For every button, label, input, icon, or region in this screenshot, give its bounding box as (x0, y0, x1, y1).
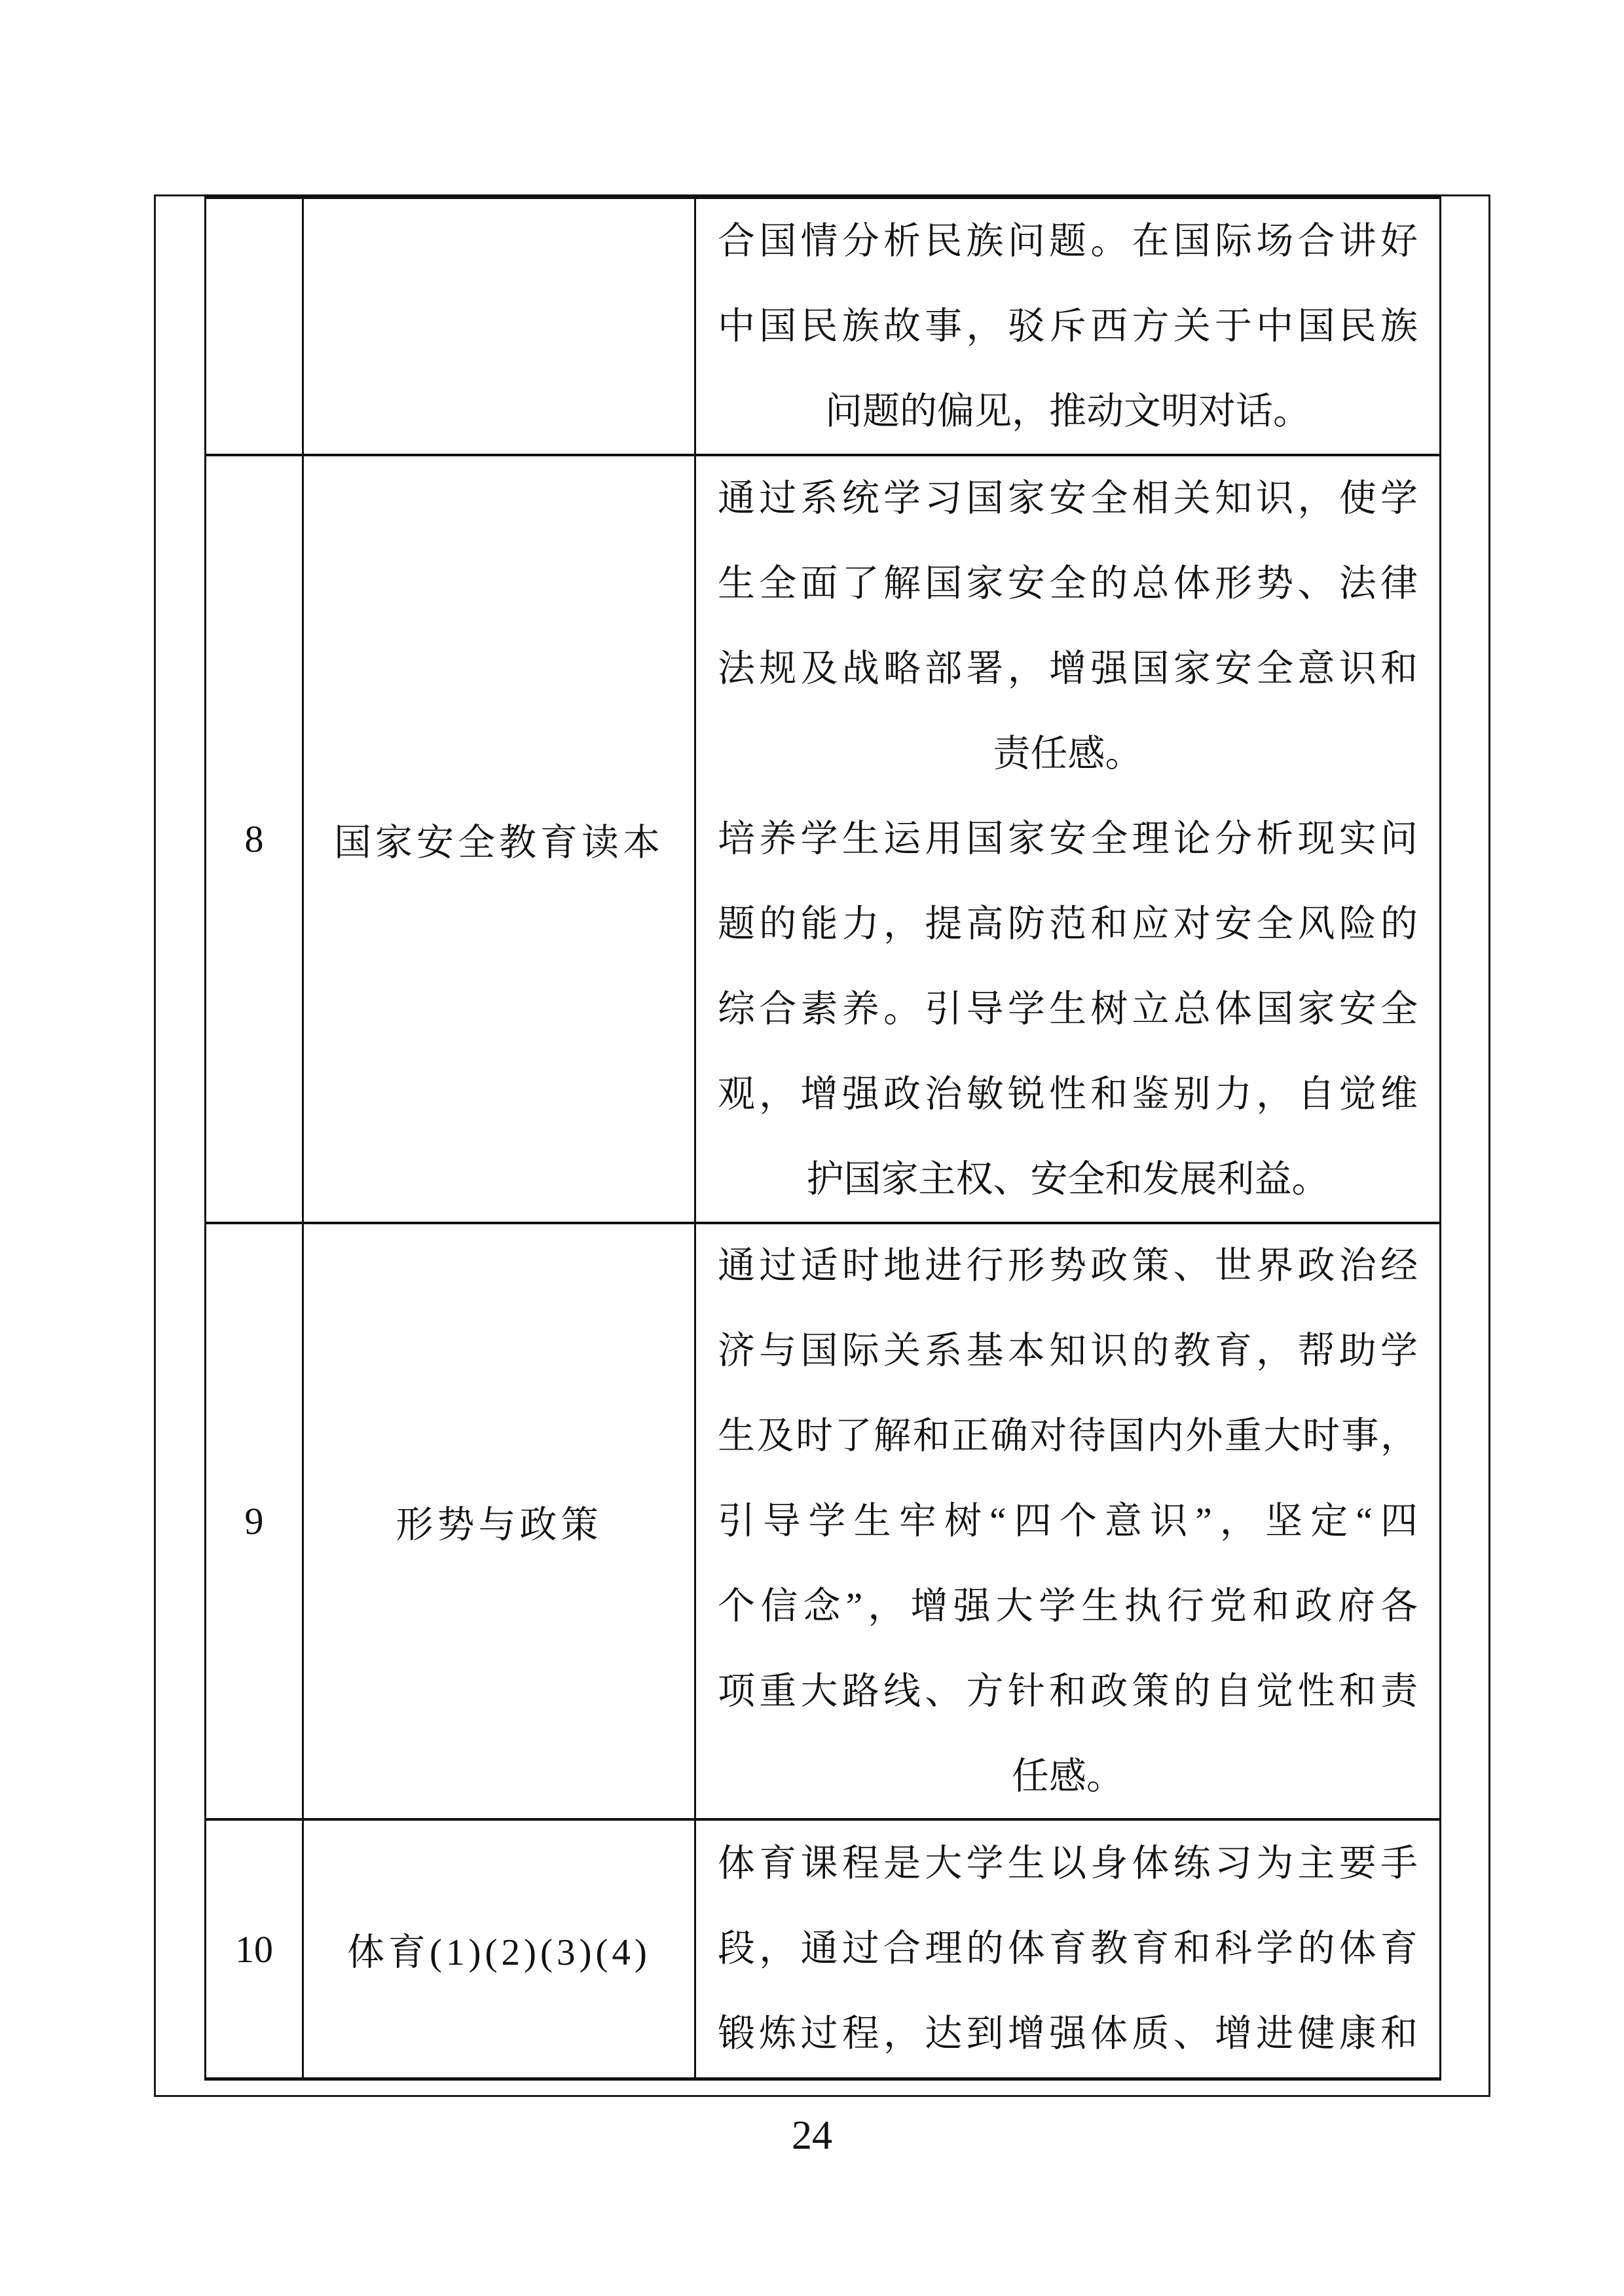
course-name-cell: 国家安全教育读本 (304, 456, 696, 1222)
description-line: 项重大路线、方针和政策的自觉性和责 (718, 1649, 1418, 1734)
course-description-cell: 体育课程是大学生以身体练习为主要手 段，通过合理的体育教育和科学的体育 锻炼过程… (696, 1821, 1439, 2077)
description-line: 段，通过合理的体育教育和科学的体育 (718, 1906, 1418, 1992)
course-name-cell (304, 199, 696, 454)
description-line: 培养学生运用国家安全理论分析现实问 (718, 797, 1418, 882)
description-line: 通过系统学习国家安全相关知识，使学 (718, 456, 1418, 541)
table-row: 9 形势与政策 通过适时地进行形势政策、世界政治经 济与国际关系基本知识的教育，… (206, 1224, 1439, 1821)
description-line: 观，增强政治敏锐性和鉴别力，自觉维 (718, 1052, 1418, 1137)
table-row: 8 国家安全教育读本 通过系统学习国家安全相关知识，使学 生全面了解国家安全的总… (206, 456, 1439, 1224)
description-line: 责任感。 (718, 712, 1418, 797)
description-line: 个信念”，增强大学生执行党和政府各 (718, 1564, 1418, 1649)
description-line: 问题的偏见，推动文明对话。 (718, 369, 1418, 454)
description-line: 综合素养。引导学生树立总体国家安全 (718, 967, 1418, 1052)
course-description-cell: 通过适时地进行形势政策、世界政治经 济与国际关系基本知识的教育，帮助学 生及时了… (696, 1224, 1439, 1818)
description-line: 锻炼过程，达到增强体质、增进健康和 (718, 1992, 1418, 2077)
description-line: 法规及战略部署，增强国家安全意识和 (718, 627, 1418, 712)
table-row: 合国情分析民族问题。在国际场合讲好 中国民族故事，驳斥西方关于中国民族 问题的偏… (206, 199, 1439, 456)
row-number-cell (206, 199, 304, 454)
course-name-cell: 体育(1)(2)(3)(4) (304, 1821, 696, 2077)
description-line: 济与国际关系基本知识的教育，帮助学 (718, 1309, 1418, 1394)
description-line: 通过适时地进行形势政策、世界政治经 (718, 1224, 1418, 1309)
row-number-cell: 8 (206, 456, 304, 1222)
course-schedule-table: 合国情分析民族问题。在国际场合讲好 中国民族故事，驳斥西方关于中国民族 问题的偏… (204, 194, 1441, 2081)
description-line: 题的能力，提高防范和应对安全风险的 (718, 882, 1418, 967)
row-number-cell: 9 (206, 1224, 304, 1818)
course-name-cell: 形势与政策 (304, 1224, 696, 1818)
description-line: 护国家主权、安全和发展利益。 (718, 1137, 1418, 1222)
row-number-cell: 10 (206, 1821, 304, 2077)
description-line: 生及时了解和正确对待国内外重大时事， (718, 1394, 1418, 1479)
page-number: 24 (0, 2109, 1624, 2162)
description-line: 中国民族故事，驳斥西方关于中国民族 (718, 284, 1418, 369)
description-line: 体育课程是大学生以身体练习为主要手 (718, 1821, 1418, 1906)
course-description-cell: 通过系统学习国家安全相关知识，使学 生全面了解国家安全的总体形势、法律 法规及战… (696, 456, 1439, 1222)
description-line: 合国情分析民族问题。在国际场合讲好 (718, 199, 1418, 284)
course-description-cell: 合国情分析民族问题。在国际场合讲好 中国民族故事，驳斥西方关于中国民族 问题的偏… (696, 199, 1439, 454)
table-row: 10 体育(1)(2)(3)(4) 体育课程是大学生以身体练习为主要手 段，通过… (206, 1821, 1439, 2077)
description-line: 引导学生牢树“四个意识”，坚定“四 (718, 1479, 1418, 1564)
description-line: 生全面了解国家安全的总体形势、法律 (718, 541, 1418, 627)
description-line: 任感。 (718, 1734, 1418, 1819)
